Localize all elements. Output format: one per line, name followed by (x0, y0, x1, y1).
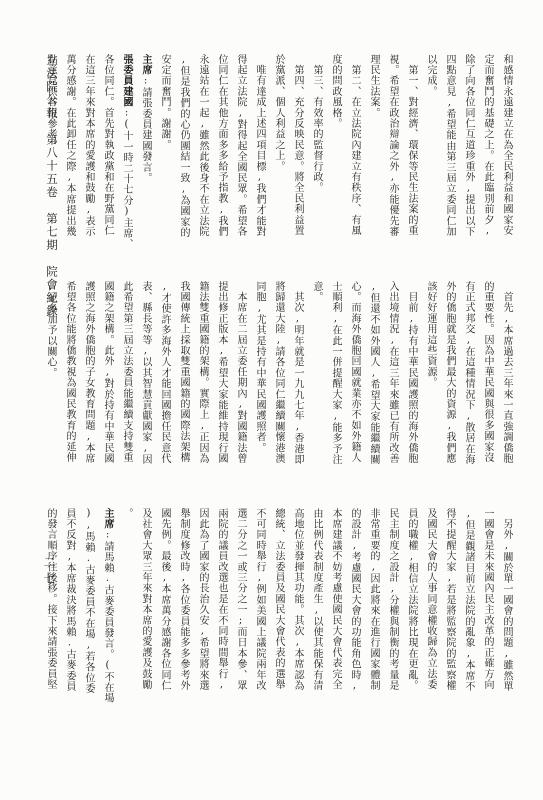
text-column: ,但是我們的心仍團結一致,為國家的 (174, 54, 193, 251)
text-column: 四點意見,希望能由第三屆立委同仁加 (440, 54, 459, 251)
text-column: 定而奮鬥的基礎之上。在此臨別前夕, (478, 54, 497, 251)
text-column: 得不提醒大家,若是將監察院的監察權 (440, 508, 459, 705)
text-column: 外的僑胞就是我們最大的資源,我們應 (440, 281, 459, 478)
text-column: 非常重要的,因此將來在進行國家體制 (364, 508, 383, 705)
text-column: 我國傳統上採取雙重國籍的國際法架構 (174, 281, 193, 478)
text-column: 點意見供各位參考。 (41, 54, 60, 251)
text-band-bottom: 另外,關於單一國會的問題,雖然單一國會是未來國內民主改革的正確方向,但是觀諸目前… (40, 508, 516, 705)
text-column: 意。 (307, 281, 326, 478)
text-column: 永遠站在一起,雖然此後身不在立法院 (193, 54, 212, 251)
text-column: 員的職權,相信立法院將比現在更亂。 (402, 508, 421, 705)
text-column: 希望各位能將僑教視為國民教育的延伸 (60, 281, 79, 478)
text-column: 。 (117, 508, 136, 705)
text-column: 度的問政風格。 (326, 54, 345, 251)
text-column: 張委員建國:(十一時二十七分)主席、 (117, 54, 136, 251)
text-column: 國先例。最後,本席萬分感謝各位同仁 (155, 508, 174, 705)
speaker-name: 主席 (140, 54, 151, 75)
text-column: 除了向各位同仁互道珍重外,提出以下 (459, 54, 478, 251)
text-column: 員不反對,本席裁決將馬賴.古麥委員 (60, 508, 79, 705)
text-column: 的重要性。因為中華民國與很多國家沒 (478, 281, 497, 478)
text-column: ,但還不如外國人,希望大家能繼續關 (364, 281, 383, 478)
text-column: 於黨派、個人利益之上。 (269, 54, 288, 251)
text-column: 及國民大會的人事同意權收歸為立法委 (421, 508, 440, 705)
text-column: 高地位並發揮其功能。其次,本席認為 (288, 508, 307, 705)
text-column: 此希望第三屆立法委員能繼續支持雙重 (117, 281, 136, 478)
text-column: 另外,關於單一國會的問題,雖然單 (497, 508, 516, 705)
text-column: 第四、充分反映民意。將全民利益置 (288, 54, 307, 251)
text-band-top: 和感情永遠建立在為全民利益和國家安定而奮鬥的基礎之上。在此臨別前夕,除了向各位同… (40, 54, 516, 251)
text-column: 主席:請張委員建國發言。 (136, 54, 155, 251)
text-column: 萬分感謝。在此卸任之際,本席提出幾 (60, 54, 79, 251)
speaker-name: 張委員建國 (121, 54, 132, 108)
text-band-middle: 首先,本席過去三年來一直強調僑胞的重要性。因為中華民國與很多國家沒有正式邦交,在… (40, 281, 516, 478)
text-column: 由比例代表制度產生,以使其能保有清 (307, 508, 326, 705)
text-column: 入出境情況,在這三年來雖已有所改善 (383, 281, 402, 478)
text-column: 提出修正版本,希望大家能維持現行國 (212, 281, 231, 478)
text-column: 心。而海外僑胞回國就業亦不如外籍人 (345, 281, 364, 478)
text-column: 民主制度之設計,分權與制衡的考量是 (383, 508, 402, 705)
text-column: 第三、有效率的監督行政。 (307, 54, 326, 251)
text-column: 總統、立法委員及國民大會代表的選舉 (269, 508, 288, 705)
text-column: 各位同仁。首先對執政黨和在野黨同仁 (98, 54, 117, 251)
text-column: 視。希望在政治辯論之外,亦能優先審 (383, 54, 402, 251)
text-column: 的設計,考慮國民大會的功能角色時, (345, 508, 364, 705)
text-column: 表、縣長等等,以其智慧貢獻國家,因 (136, 281, 155, 478)
text-column: 因此為了國家的長治久安,希望將來選 (193, 508, 212, 705)
text-column: 該好好運用這些資源。 (421, 281, 440, 478)
text-column: 一國會是未來國內民主改革的正確方向 (478, 508, 497, 705)
text-column: 主席:請馬賴.古麥委員發言。(不在場 (98, 508, 117, 705)
text-column: 護照之海外僑胞的子女教育問題,本席 (79, 281, 98, 478)
text-column: 本席建議不妨考慮使國民大會代表完全 (326, 508, 345, 705)
text-column: 以完成。 (421, 54, 440, 251)
text-column: ),馬賴.古麥委員不在場,若各位委 (79, 508, 98, 705)
text-column: 在這三年來對本席的愛護和鼓勵,表示 (79, 54, 98, 251)
text-column: 兩院的議員改選也是在不同時間舉行, (212, 508, 231, 705)
text-column: 本席在二屆立委任期內,對國籍法曾 (231, 281, 250, 478)
text-column: 及社會大眾三年來對本席的愛護及鼓勵 (136, 508, 155, 705)
text-column: 理民生法案。 (364, 54, 383, 251)
text-column: 的發言順序往後移。接下來請張委員堅 (41, 508, 60, 705)
text-column: 位同仁在其他方面多多給予指教,我們 (212, 54, 231, 251)
speaker-name: 主席 (102, 508, 113, 529)
text-column: ,但是觀諸目前立法院的亂象,本席不 (459, 508, 478, 705)
text-column: 其次,明年就是一九九七年,香港即 (288, 281, 307, 478)
text-column: ,才使許多海外人才能回國擔任民意代 (155, 281, 174, 478)
text-column: 舉制度修改時,各位委員能多多參考外 (174, 508, 193, 705)
text-column: 唯有達成上述四項目標,我們才能對 (250, 54, 269, 251)
text-column: 得起立法院,對得起全國民眾。希望各 (231, 54, 250, 251)
gazette-page: 立法院公報 第八十五卷 第七期 院會紀錄 二七 和感情永遠建立在為全民利益和國家… (0, 0, 543, 800)
text-column: 第一、對經濟、環保等民生法案的重 (402, 54, 421, 251)
text-column: 士順利,在此一併提醒大家,能多予注 (326, 281, 345, 478)
text-column: 第二、在立法院內建立有秩序、有風 (345, 54, 364, 251)
text-column: 首先,本席過去三年來一直強調僑胞 (497, 281, 516, 478)
text-column: 籍法雙重國籍的架構。實際上,正因為 (193, 281, 212, 478)
text-column: 選二分之一或三分之一;而日本參、眾 (231, 508, 250, 705)
text-column: 同胞,尤其是持有中華民國護照者。 (250, 281, 269, 478)
text-column: 安定而奮鬥。謝謝。 (155, 54, 174, 251)
text-column: 國籍之架構。此外,對於持有中華民國 (98, 281, 117, 478)
text-column: 將歸還大陸,請各位同仁繼續關懷港澳 (269, 281, 288, 478)
text-column: 和感情永遠建立在為全民利益和國家安 (497, 54, 516, 251)
text-column: 目前,持有中華民國護照的海外僑胞 (402, 281, 421, 478)
text-column: ,並多加予以關心。 (41, 281, 60, 478)
text-column: 有正式邦交,在這種情況下,散居在海 (459, 281, 478, 478)
text-column: 不可同時舉行,例如美國上議院兩年改 (250, 508, 269, 705)
